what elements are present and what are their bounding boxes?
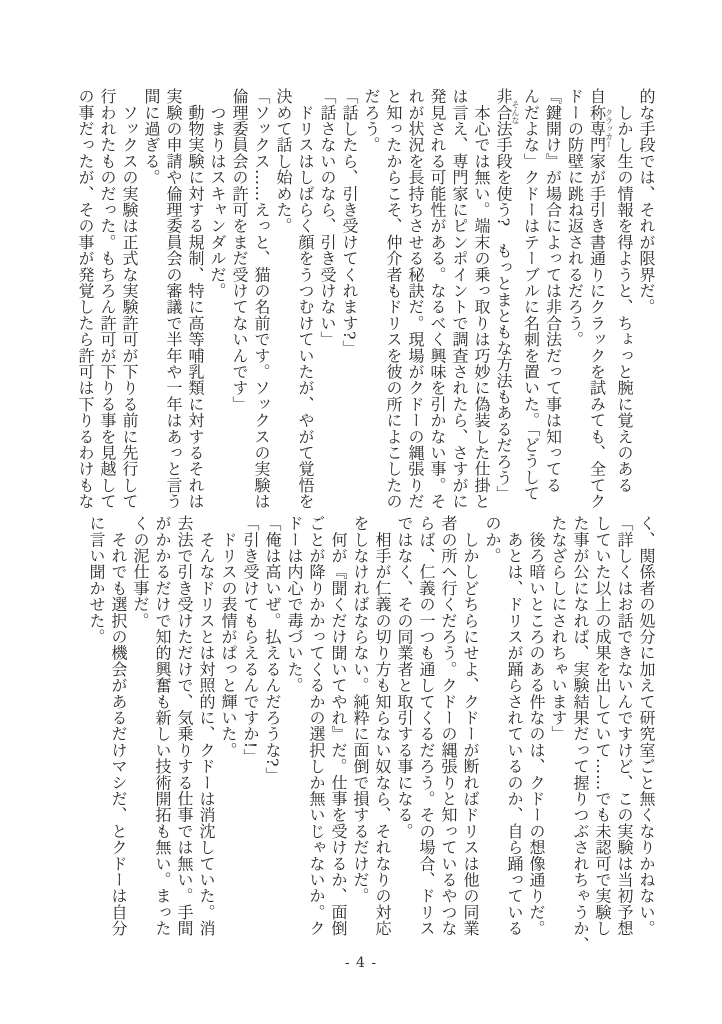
text-column: の事だったが、その事が発覚したら許可は下りるわけもな bbox=[74, 88, 96, 514]
text-column: ではなく、その同業者と取引する事になる。 bbox=[393, 515, 415, 951]
text-column: た事が公になれば、実験結果だって握りつぶされちゃうか、 bbox=[569, 515, 591, 951]
text-column: れが状況を長持ちさせる秘訣だ。現場がクドーの縄張りだ bbox=[404, 88, 426, 514]
text-column: 「ソックス……えっと、猫の名前です。ソックスの実験は bbox=[250, 88, 272, 514]
text-column: 相手が仁義の切り方も知らない奴なら、それなりの対応 bbox=[371, 515, 393, 951]
text-column: ドリスの表情がぱっと輝いた。 bbox=[217, 515, 239, 951]
text-column: がかかるだけで知的興奮も新しい技術開拓も無い。まった bbox=[151, 515, 173, 951]
text-column: 的な手段では、それが限界だ。 bbox=[635, 88, 657, 514]
text-column: に言い聞かせた。 bbox=[85, 515, 107, 951]
text-column: 倫理委員会の許可をまだ受けてないんです」 bbox=[228, 88, 250, 514]
text-column: 去法で引き受けただけで、気乗りする仕事では無い。手間 bbox=[173, 515, 195, 951]
text-column: のか。 bbox=[481, 515, 503, 951]
ruby-annotated-word: 非合法そんな bbox=[494, 88, 513, 137]
text-column: そんなドリスとは対照的に、クドーは消沈していた。消 bbox=[195, 515, 217, 951]
text-column: 「話さないのなら、引き受けない」 bbox=[316, 88, 338, 514]
text-column: くの泥仕事だ。 bbox=[129, 515, 151, 951]
lower-text-block: く、関係者の処分に加えて研究室ごと無くなりかねない。「詳しくはお話できないんです… bbox=[85, 515, 657, 951]
novel-page: 的な手段では、それが限界だ。 しかし生の情報を得ようと、ちょっと腕に覚えのある自… bbox=[0, 0, 722, 1024]
text-column: 何が『聞くだけ聞いてやれ』だ。仕事を受けるか、面倒 bbox=[327, 515, 349, 951]
text-column: 行われたものだった。もちろん許可が下りる事を見越して bbox=[96, 88, 118, 514]
text-column: 自称専門家クラッカーが手引き書通りにクラックを試みても、全てク bbox=[586, 88, 614, 514]
text-column: 「引き受けてもらえるんですか!」 bbox=[239, 515, 261, 951]
text-column: 「話したら、引き受けてくれます?」 bbox=[338, 88, 360, 514]
text-column: 決めて話し始めた。 bbox=[272, 88, 294, 514]
text-column: んだよな」クドーはテーブルに名刺を置いた。「どうして bbox=[520, 88, 542, 514]
text-column: つまりはスキャンダルだ。 bbox=[206, 88, 228, 514]
text-column: 「詳しくはお話できないんですけど、この実験は当初予想 bbox=[613, 515, 635, 951]
text-column: 非合法そんな手段を使う? もっとまともな方法もあるだろう」 bbox=[492, 88, 520, 514]
ruby-annotated-word: 自称専門家クラッカー bbox=[588, 88, 607, 169]
page-number: - 4 - bbox=[0, 955, 722, 971]
text-column: ドリスはしばらく顔をうつむけていたが、やがて覚悟を bbox=[294, 88, 316, 514]
text-column: をしなければならない。純粋に面倒で損するだけだ。 bbox=[349, 515, 371, 951]
text-column: だろう。 bbox=[360, 88, 382, 514]
text-column: しかし生の情報を得ようと、ちょっと腕に覚えのある bbox=[613, 88, 635, 514]
text-column: ごとが降りかかってくるかの選択しか無いじゃないか。ク bbox=[305, 515, 327, 951]
text-column: ソックスの実験は正式な実験許可が下りる前に先行して bbox=[118, 88, 140, 514]
text-column: 『鍵開け』が場合によっては非合法だって事は知ってる bbox=[542, 88, 564, 514]
text-column: は言え、専門家にピンポイントで調査されたら、さすがに bbox=[448, 88, 470, 514]
text-column: しかしどちらにせよ、クドーが断ればドリスは他の同業 bbox=[459, 515, 481, 951]
text-column: ドーの防壁に跳ね返されるだろう。 bbox=[564, 88, 586, 514]
text-column: 本心では無い。端末の乗っ取りは巧妙に偽装した仕掛と bbox=[470, 88, 492, 514]
text-column: ドーは内心で毒づいた。 bbox=[283, 515, 305, 951]
text-column: 「俺は高いぜ。払えるんだろうな?」 bbox=[261, 515, 283, 951]
text-column: していた以上の成果を出していて……でも未認可で実験し bbox=[591, 515, 613, 951]
text-column: 実験の申請や倫理委員会の審議で半年や一年はあっと言う bbox=[162, 88, 184, 514]
text-column: 間に過ぎる。 bbox=[140, 88, 162, 514]
text-column: らば、仁義の一つも通してくるだろう。その場合、ドリス bbox=[415, 515, 437, 951]
text-column: 後ろ暗いところのある件なのは、クドーの想像通りだ。 bbox=[525, 515, 547, 951]
text-column: たなざらしにされちゃいます」 bbox=[547, 515, 569, 951]
text-column: 者の所へ行くだろう。クドーの縄張りと知っているやつな bbox=[437, 515, 459, 951]
text-column: それでも選択の機会があるだけマシだ、とクドーは自分 bbox=[107, 515, 129, 951]
text-column: あとは、ドリスが踊らされているのか、自ら踊っている bbox=[503, 515, 525, 951]
text-column: 動物実験に対する規制、特に高等哺乳類に対するそれは bbox=[184, 88, 206, 514]
text-column: 発見される可能性がある。なるべく興味を引かない事。そ bbox=[426, 88, 448, 514]
text-column: と知ったからこそ、仲介者もドリスを彼の所によこしたの bbox=[382, 88, 404, 514]
upper-text-block: 的な手段では、それが限界だ。 しかし生の情報を得ようと、ちょっと腕に覚えのある自… bbox=[74, 88, 657, 514]
text-column: く、関係者の処分に加えて研究室ごと無くなりかねない。 bbox=[635, 515, 657, 951]
